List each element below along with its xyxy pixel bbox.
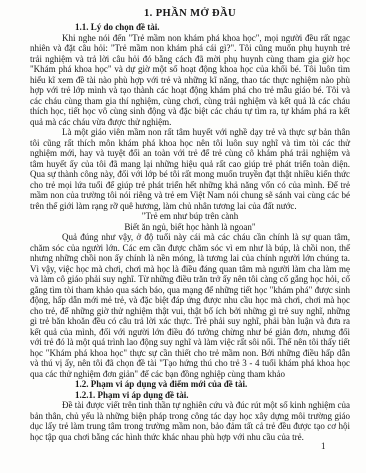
paragraph-teacher-motivation: Là một giáo viên mầm non rất tâm huyết v… — [30, 127, 350, 211]
heading-1-2: 1.2. Phạm vi áp dụng và điểm mới của đề … — [75, 379, 350, 390]
poem-line-2: Biết ăn ngủ, biết học hành là ngoan" — [30, 222, 350, 233]
document-title: 1. PHẦN MỞ ĐẦU — [30, 8, 350, 19]
page-number: 1 — [321, 441, 326, 451]
document-page: 1. PHẦN MỞ ĐẦU 1.1. Lý do chọn đề tài. K… — [0, 0, 366, 473]
paragraph-scope: Đề tài được viết trên tinh thần tự nghiê… — [30, 400, 350, 442]
paragraph-reason-topic-choice: Quả đúng như vậy, ở độ tuổi này cái mà c… — [30, 232, 350, 379]
poem-quote: "Trẻ em như búp trên cành Biết ăn ngủ, b… — [30, 211, 350, 232]
document-content: 1. PHẦN MỞ ĐẦU 1.1. Lý do chọn đề tài. K… — [0, 0, 366, 442]
paragraph-intro: Khi nghe nói đến "Trẻ mầm non khám phá k… — [30, 33, 350, 128]
heading-1-1: 1.1. Lý do chọn đề tài. — [75, 22, 350, 33]
poem-line-1: "Trẻ em như búp trên cành — [30, 211, 350, 222]
heading-1-2-1: 1.2.1. Phạm vi áp dụng đề tài. — [75, 390, 350, 401]
